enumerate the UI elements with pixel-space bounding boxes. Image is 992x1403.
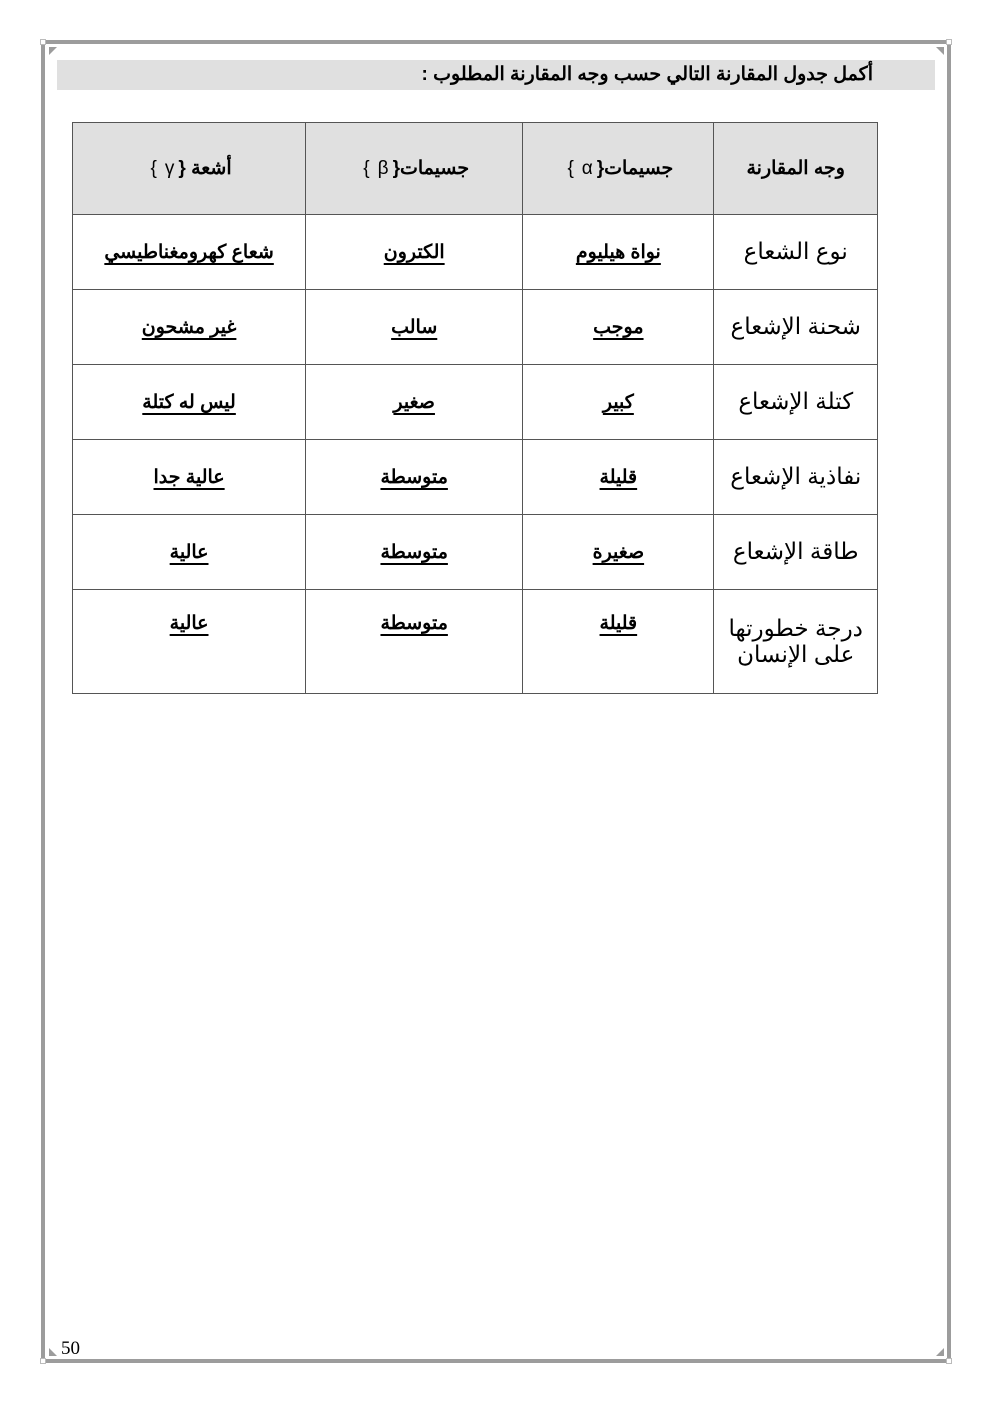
- table-header-row: وجه المقارنة جسيمات{α} جسيمات{β} أشعة {γ…: [73, 123, 878, 215]
- header-beta: جسيمات{β}: [306, 123, 523, 215]
- cell-beta: سالب: [306, 290, 523, 365]
- corner-triangle-icon: [49, 47, 57, 55]
- header-criterion: وجه المقارنة: [714, 123, 878, 215]
- page-number: 50: [61, 1338, 80, 1360]
- cell-beta: الكترون: [306, 215, 523, 290]
- page-frame-top: [44, 40, 947, 44]
- page-frame-bottom: [44, 1359, 947, 1363]
- cell-beta: متوسطة: [306, 440, 523, 515]
- page-frame-right: [947, 44, 951, 1359]
- instruction-text: أكمل جدول المقارنة التالي حسب وجه المقار…: [422, 63, 873, 86]
- cell-beta: متوسطة: [306, 590, 523, 694]
- corner-triangle-icon: [49, 1348, 57, 1356]
- cell-gamma: ليس له كتلة: [73, 365, 306, 440]
- row-criterion: طاقة الإشعاع: [714, 515, 878, 590]
- beta-symbol: β: [378, 158, 389, 180]
- cell-alpha: صغيرة: [523, 515, 714, 590]
- cell-beta: متوسطة: [306, 515, 523, 590]
- header-gamma: أشعة {γ}: [73, 123, 306, 215]
- brace-close: }: [363, 158, 369, 180]
- page-frame-left: [41, 44, 45, 1359]
- frame-corner-top-right: [946, 39, 952, 45]
- cell-alpha: قليلة: [523, 440, 714, 515]
- table-row: كتلة الإشعاع كبير صغير ليس له كتلة: [73, 365, 878, 440]
- cell-gamma: غير مشحون: [73, 290, 306, 365]
- gamma-symbol: γ: [165, 158, 175, 180]
- table-row: نوع الشعاع نواة هيليوم الكترون شعاع كهرو…: [73, 215, 878, 290]
- cell-alpha: نواة هيليوم: [523, 215, 714, 290]
- cell-beta: صغير: [306, 365, 523, 440]
- table-row: نفاذية الإشعاع قليلة متوسطة عالية جدا: [73, 440, 878, 515]
- header-alpha: جسيمات{α}: [523, 123, 714, 215]
- brace-close: }: [151, 158, 157, 180]
- header-alpha-label: جسيمات{: [597, 158, 673, 179]
- cell-gamma: عالية جدا: [73, 440, 306, 515]
- comparison-table: وجه المقارنة جسيمات{α} جسيمات{β} أشعة {γ…: [72, 122, 878, 694]
- cell-gamma: عالية: [73, 590, 306, 694]
- frame-corner-bottom-right: [946, 1358, 952, 1364]
- cell-alpha: كبير: [523, 365, 714, 440]
- corner-triangle-icon: [936, 47, 944, 55]
- frame-corner-bottom-left: [40, 1358, 46, 1364]
- table-row: طاقة الإشعاع صغيرة متوسطة عالية: [73, 515, 878, 590]
- row-criterion: كتلة الإشعاع: [714, 365, 878, 440]
- frame-corner-top-left: [40, 39, 46, 45]
- header-gamma-label: أشعة {: [178, 158, 231, 179]
- row-criterion: نوع الشعاع: [714, 215, 878, 290]
- instruction-bar: أكمل جدول المقارنة التالي حسب وجه المقار…: [57, 60, 935, 90]
- row-criterion: نفاذية الإشعاع: [714, 440, 878, 515]
- row-criterion: شحنة الإشعاع: [714, 290, 878, 365]
- header-beta-label: جسيمات{: [393, 158, 469, 179]
- cell-alpha: موجب: [523, 290, 714, 365]
- cell-gamma: شعاع كهرومغناطيسي: [73, 215, 306, 290]
- table-row: شحنة الإشعاع موجب سالب غير مشحون: [73, 290, 878, 365]
- alpha-symbol: α: [582, 158, 593, 180]
- brace-close: }: [567, 158, 573, 180]
- cell-gamma: عالية: [73, 515, 306, 590]
- row-criterion: درجة خطورتها على الإنسان: [714, 590, 878, 694]
- corner-triangle-icon: [936, 1348, 944, 1356]
- table-row: درجة خطورتها على الإنسان قليلة متوسطة عا…: [73, 590, 878, 694]
- cell-alpha: قليلة: [523, 590, 714, 694]
